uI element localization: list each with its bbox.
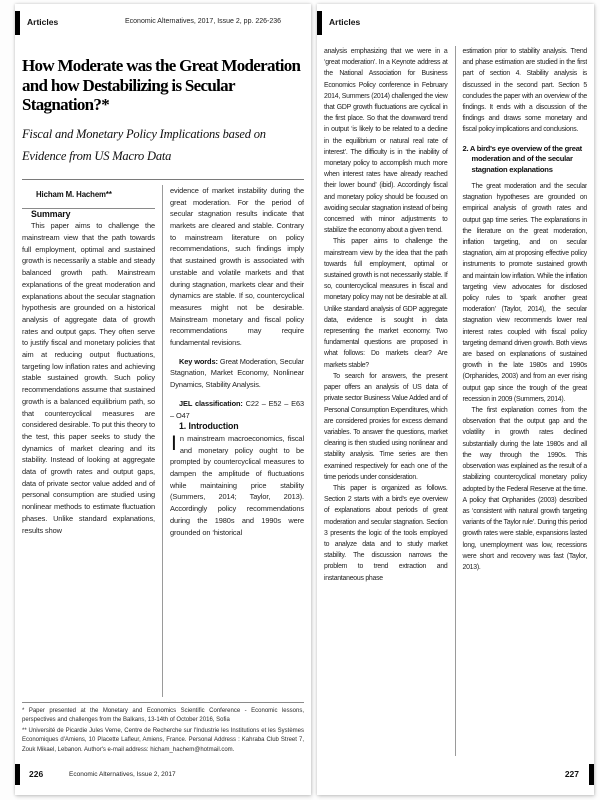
footer-tab-marker [589, 764, 594, 785]
body-paragraph: estimation prior to stability analysis. … [463, 46, 588, 136]
body-paragraph: This paper aims to challenge the mainstr… [324, 236, 448, 370]
summary-paragraph-1: This paper aims to challenge the mainstr… [22, 220, 155, 536]
footer-journal-ref: Economic Alternatives, Issue 2, 2017 [69, 771, 176, 778]
summary-heading: Summary [22, 209, 155, 221]
right-page-columns: analysis emphasizing that we were in a ‘… [324, 46, 587, 756]
jel-label: JEL classification: [179, 399, 243, 408]
header-tab-marker [15, 11, 20, 35]
left-page-footer: 226 Economic Alternatives, Issue 2, 2017 [22, 761, 304, 787]
footnote-conference: * Paper presented at the Monetary and Ec… [22, 707, 304, 726]
articles-section-label: Articles [329, 17, 360, 27]
right-page-column-2: estimation prior to stability analysis. … [456, 46, 588, 756]
left-page-content: Articles Economic Alternatives, 2017, Is… [15, 4, 311, 795]
author-name: Hicham M. Hachem** [22, 185, 155, 209]
right-page-header: Articles [324, 14, 587, 34]
page-number: 226 [29, 769, 43, 779]
left-page-column-2: evidence of market instability during th… [163, 185, 304, 697]
page-number: 227 [565, 769, 579, 779]
header-tab-marker [317, 11, 322, 35]
body-paragraph: This paper is organized as follows. Sect… [324, 483, 448, 584]
title-divider [22, 179, 304, 180]
right-page-column-1: analysis emphasizing that we were in a ‘… [324, 46, 456, 756]
right-page-footer: 227 [324, 761, 587, 787]
footnotes: * Paper presented at the Monetary and Ec… [22, 702, 304, 756]
keywords-label: Key words: [179, 357, 218, 366]
introduction-paragraph: In mainstream macroeconomics, fiscal and… [170, 433, 304, 538]
right-page-content: Articles analysis emphasizing that we we… [317, 4, 594, 795]
body-paragraph: analysis emphasizing that we were in a ‘… [324, 46, 448, 236]
left-page-columns: Hicham M. Hachem** Summary This paper ai… [22, 185, 304, 697]
paper-subtitle: Fiscal and Monetary Policy Implications … [22, 124, 304, 168]
summary-paragraph-2: evidence of market instability during th… [170, 185, 304, 349]
articles-section-label: Articles [27, 17, 58, 27]
body-paragraph: The great moderation and the secular sta… [463, 181, 588, 405]
left-page: Articles Economic Alternatives, 2017, Is… [15, 4, 311, 795]
body-paragraph: To search for answers, the present paper… [324, 371, 448, 483]
introduction-heading: 1. Introduction [170, 421, 304, 433]
introduction-text: n mainstream macroeconomics, fiscal and … [170, 434, 304, 537]
jel-classification: JEL classification: C22 – E52 – E63 – O4… [170, 398, 304, 421]
footer-tab-marker [15, 764, 20, 785]
journal-citation: Economic Alternatives, 2017, Issue 2, pp… [125, 18, 281, 25]
section-2-heading: 2. A bird's eye overview of the great mo… [463, 144, 588, 176]
footnote-affiliation: ** Université de Picardie Jules Verne, C… [22, 727, 304, 755]
right-page: Articles analysis emphasizing that we we… [317, 4, 594, 795]
keywords: Key words: Great Moderation, Secular Sta… [170, 356, 304, 391]
drop-cap: I [171, 434, 177, 453]
paper-title: How Moderate was the Great Moderation an… [22, 56, 304, 115]
left-page-header: Articles Economic Alternatives, 2017, Is… [22, 14, 304, 34]
left-page-column-1: Hicham M. Hachem** Summary This paper ai… [22, 185, 163, 697]
body-paragraph: The first explanation comes from the obs… [463, 405, 588, 573]
